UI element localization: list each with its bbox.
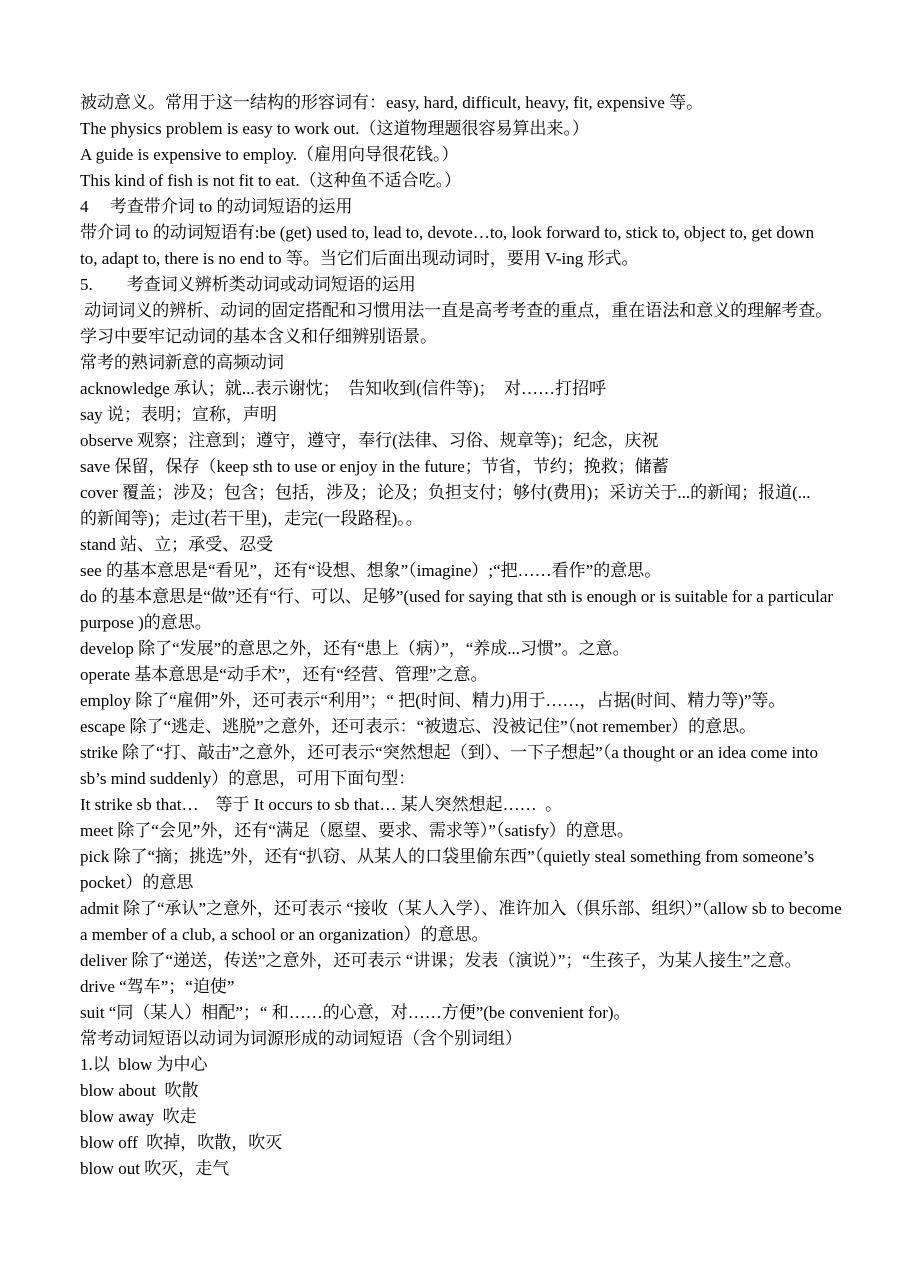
text-line: suit “同（某人）相配”；“ 和……的心意，对……方便”(be conven… — [80, 1000, 870, 1026]
text-line: acknowledge 承认；就...表示谢忱； 告知收到(信件等)； 对……打… — [80, 376, 870, 402]
text-line: 动词词义的辨析、动词的固定搭配和习惯用法一直是高考考查的重点，重在语法和意义的理… — [80, 298, 870, 324]
text-line: deliver 除了“递送，传送”之意外，还可表示 “讲课；发表（演说）”；“生… — [80, 948, 870, 974]
text-line: develop 除了“发展”的意思之外，还有“患上（病）”，“养成...习惯”。… — [80, 636, 870, 662]
text-line: This kind of fish is not fit to eat.（这种鱼… — [80, 168, 870, 194]
text-line: to, adapt to, there is no end to 等。当它们后面… — [80, 246, 870, 272]
document-body: 被动意义。常用于这一结构的形容词有：easy, hard, difficult,… — [80, 90, 870, 1182]
text-line: sb’s mind suddenly）的意思，可用下面句型： — [80, 766, 870, 792]
text-line: drive “驾车”；“迫使” — [80, 974, 870, 1000]
document-page: 被动意义。常用于这一结构的形容词有：easy, hard, difficult,… — [0, 0, 920, 1274]
text-line: observe 观察；注意到；遵守，遵守，奉行(法律、习俗、规章等)；纪念，庆祝 — [80, 428, 870, 454]
text-line: say 说；表明；宣称，声明 — [80, 402, 870, 428]
text-line: operate 基本意思是“动手术”，还有“经营、管理”之意。 — [80, 662, 870, 688]
text-line: see 的基本意思是“看见”，还有“设想、想象”（imagine）;“把……看作… — [80, 558, 870, 584]
text-line: It strike sb that… 等于 It occurs to sb th… — [80, 792, 870, 818]
text-line: A guide is expensive to employ.（雇用向导很花钱。… — [80, 142, 870, 168]
text-line: escape 除了“逃走、逃脱”之意外，还可表示：“被遗忘、没被记住”（not … — [80, 714, 870, 740]
text-line: pocket）的意思 — [80, 870, 870, 896]
text-line: 4 考查带介词 to 的动词短语的运用 — [80, 194, 870, 220]
text-line: a member of a club, a school or an organ… — [80, 922, 870, 948]
text-line: save 保留，保存（keep sth to use or enjoy in t… — [80, 454, 870, 480]
text-line: blow off 吹掉，吹散，吹灭 — [80, 1130, 870, 1156]
text-line: 5. 考查词义辨析类动词或动词短语的运用 — [80, 272, 870, 298]
text-line: 常考动词短语以动词为词源形成的动词短语（含个别词组） — [80, 1026, 870, 1052]
text-line: do 的基本意思是“做”还有“行、可以、足够”(used for saying … — [80, 584, 870, 610]
text-line: 学习中要牢记动词的基本含义和仔细辨别语景。 — [80, 324, 870, 350]
text-line: 常考的熟词新意的高频动词 — [80, 350, 870, 376]
text-line: admit 除了“承认”之意外，还可表示 “接收（某人入学）、准许加入（俱乐部、… — [80, 896, 870, 922]
text-line: blow about 吹散 — [80, 1078, 870, 1104]
text-line: strike 除了“打、敲击”之意外，还可表示“突然想起（到）、一下子想起”（a… — [80, 740, 870, 766]
text-line: blow out 吹灭，走气 — [80, 1156, 870, 1182]
text-line: purpose )的意思。 — [80, 610, 870, 636]
text-line: cover 覆盖；涉及；包含；包括，涉及；论及；负担支付；够付(费用)；采访关于… — [80, 480, 870, 506]
text-line: 1.以 blow 为中心 — [80, 1052, 870, 1078]
text-line: 的新闻等)；走过(若干里)，走完(一段路程)。。 — [80, 506, 870, 532]
text-line: 带介词 to 的动词短语有:be (get) used to, lead to,… — [80, 220, 870, 246]
text-line: blow away 吹走 — [80, 1104, 870, 1130]
text-line: employ 除了“雇佣”外，还可表示“利用”；“ 把(时间、精力)用于……，占… — [80, 688, 870, 714]
text-line: meet 除了“会见”外，还有“满足（愿望、要求、需求等）”（satisfy）的… — [80, 818, 870, 844]
text-line: pick 除了“摘；挑选”外，还有“扒窃、从某人的口袋里偷东西”（quietly… — [80, 844, 870, 870]
text-line: stand 站、立；承受、忍受 — [80, 532, 870, 558]
text-line: 被动意义。常用于这一结构的形容词有：easy, hard, difficult,… — [80, 90, 870, 116]
text-line: The physics problem is easy to work out.… — [80, 116, 870, 142]
